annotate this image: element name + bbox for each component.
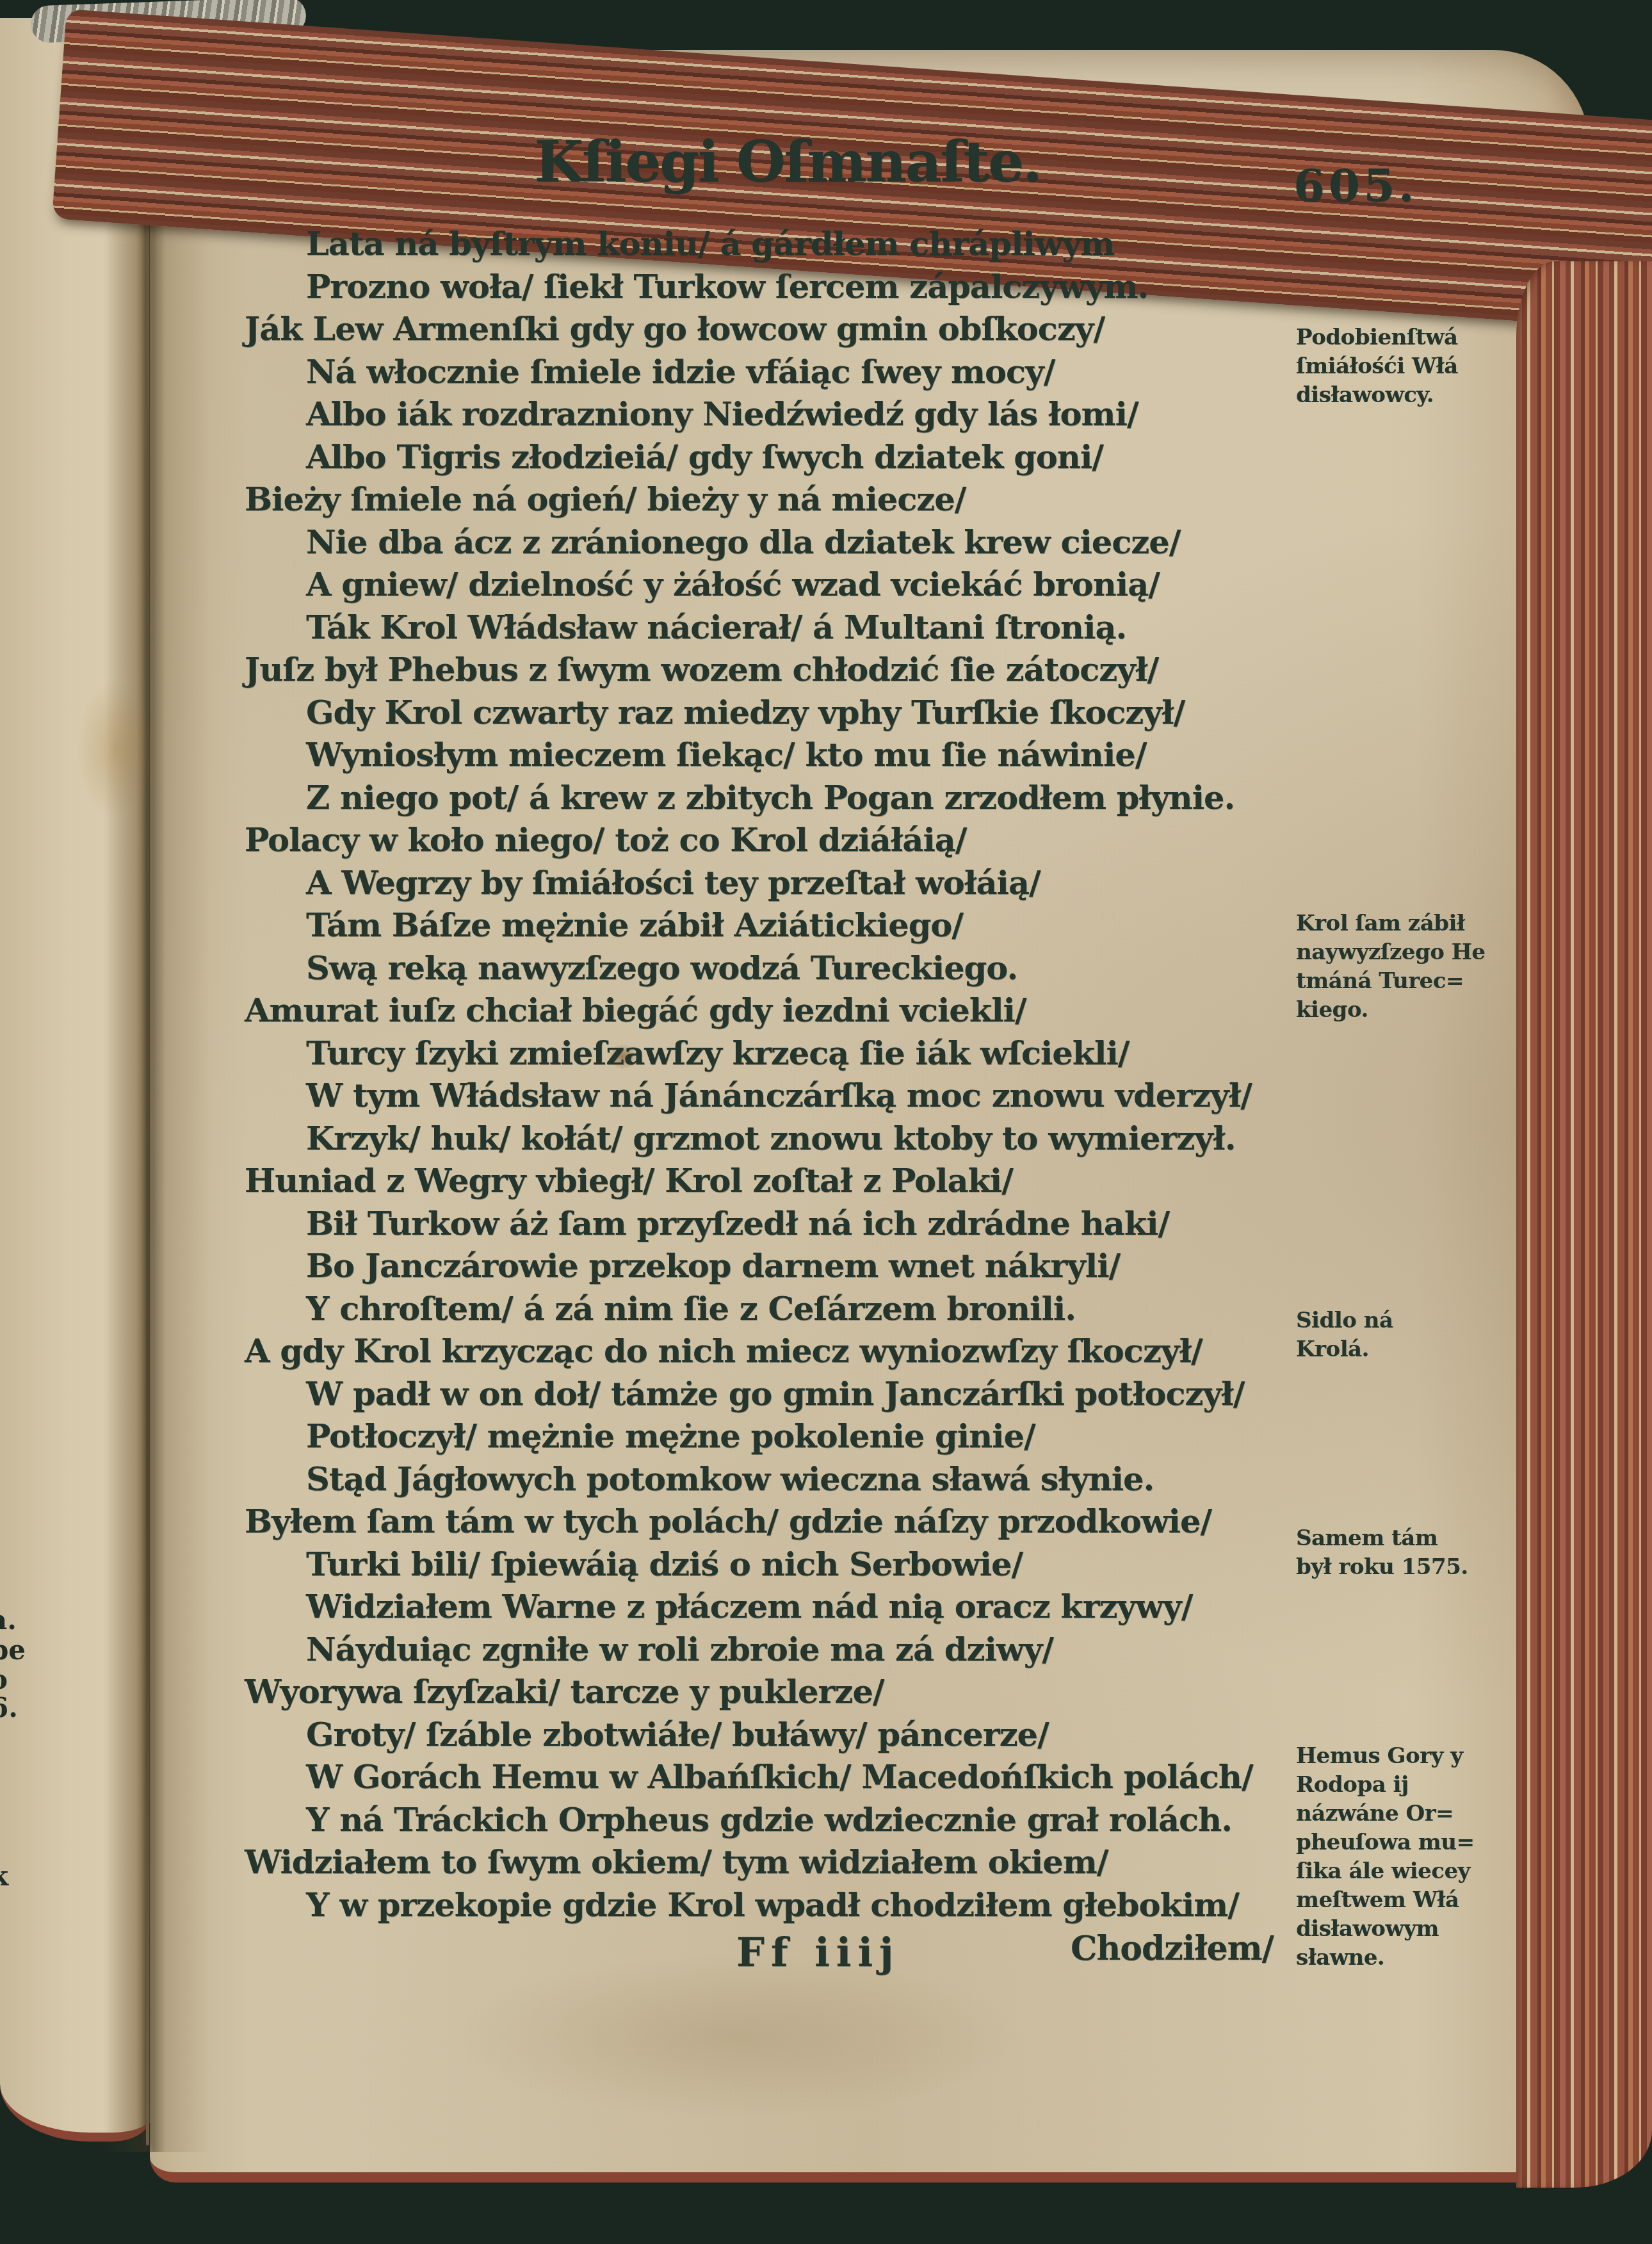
verse-line: Polacy w koło niego/ toż co Krol dziáłái… <box>245 819 1295 862</box>
verse-line: Lata ná byſtrym koniu/ á gárdłem chrápli… <box>245 223 1295 266</box>
verse-line: Tám Báſze mężnie zábił Aziátickiego/ <box>245 904 1295 947</box>
edge-text-fragment: a. <box>0 1604 35 1636</box>
margin-note-line: kiego. <box>1296 996 1501 1025</box>
margin-note-line: ſika ále wiecey <box>1296 1857 1501 1886</box>
verse-line: Nie dba ácz z zránionego dla dziatek kre… <box>245 521 1295 564</box>
fore-edge-page-stack <box>1516 261 1652 2188</box>
verse-line: W tym Włádsław ná Jánánczárſką moc znowu… <box>245 1075 1295 1118</box>
margin-note-line: ſmiáłośći Włá <box>1296 352 1501 381</box>
verse-line: Y ná Tráckich Orpheus gdzie wdziecznie g… <box>245 1799 1295 1842</box>
verse-line: Huniad z Wegry vbiegł/ Krol zoſtał z Pol… <box>245 1160 1295 1203</box>
margin-note-line: był roku 1575. <box>1296 1553 1501 1582</box>
verse-line: Krzyk/ huk/ kołát/ grzmot znowu ktoby to… <box>245 1118 1295 1160</box>
verse-line: Turki bili/ ſpiewáią dziś o nich Serbowi… <box>245 1543 1295 1586</box>
verse-line: Ták Krol Włádsław nácierał/ á Multani ſt… <box>245 606 1295 649</box>
verse-line: Amurat iuſz chciał biegáć gdy iezdni vci… <box>245 989 1295 1032</box>
verse-line: Prozno woła/ ſiekł Turkow ſercem zápalcz… <box>245 266 1295 309</box>
verse-line: Widziałem Warne z płáczem nád nią oracz … <box>245 1586 1295 1629</box>
verse-line: Wyniosłym mieczem ſiekąc/ kto mu ſie náw… <box>245 734 1295 777</box>
verse-line: Gdy Krol czwarty raz miedzy vphy Turſkie… <box>245 692 1295 735</box>
margin-note-line: Sidlo ná <box>1296 1306 1501 1335</box>
verse-line: Swą reką nawyzſzego wodzá Tureckiego. <box>245 947 1295 990</box>
verse-line: Turcy ſzyki zmieſzawſzy krzecą ſie iák w… <box>245 1032 1295 1075</box>
verse-line: Náyduiąc zgniłe w roli zbroie ma zá dziw… <box>245 1629 1295 1671</box>
verse-line: Ná włocznie ſmiele idzie vfáiąc ſwey moc… <box>245 351 1295 394</box>
verse-line: Y chroſtem/ á zá nim ſie z Ceſárzem bron… <box>245 1288 1295 1331</box>
edge-text-fragment: pe <box>0 1634 35 1666</box>
verse-line: Albo iák rozdrazniony Niedźwiedź gdy lás… <box>245 393 1295 436</box>
edge-text-fragment: o <box>0 1664 35 1695</box>
margin-note-line: Hemus Gory y <box>1296 1742 1501 1771</box>
book-scan: { "page": { "header": "Kſiegi Oſmnaſte."… <box>0 0 1652 2244</box>
signature-mark: Ff iiij <box>736 1929 900 1976</box>
margin-note-line: názwáne Or= <box>1296 1800 1501 1828</box>
margin-note-line: disławowcy. <box>1296 381 1501 410</box>
running-title: Kſiegi Oſmnaſte. <box>448 128 1127 195</box>
margin-note-line: naywyzſzego He <box>1296 938 1501 967</box>
margin-note-line: Krolá. <box>1296 1335 1501 1364</box>
verse-line: Z niego pot/ á krew z zbitych Pogan zrzo… <box>245 777 1295 820</box>
verse-line: Bieży ſmiele ná ogień/ bieży y ná miecze… <box>245 478 1295 521</box>
margin-note-line: pheuſowa mu= <box>1296 1828 1501 1857</box>
verse-line: Stąd Jágłowych potomkow wieczna sławá sł… <box>245 1458 1295 1501</box>
facing-page-edge <box>0 18 151 2142</box>
gutter-fold-line <box>146 38 149 2145</box>
margin-note-line: Samem tám <box>1296 1524 1501 1553</box>
verse-line: A gniew/ dzielność y żáłość wzad vciekáć… <box>245 564 1295 606</box>
edge-text-fragment: 6. <box>0 1692 35 1723</box>
verse-line: A gdy Krol krzycząc do nich miecz wynioz… <box>245 1330 1295 1373</box>
verse-line: Ják Lew Armenſki gdy go łowcow gmin obſk… <box>245 308 1295 351</box>
margin-note-2: Krol ſam zábiłnaywyzſzego Hetmáná Turec=… <box>1296 909 1501 1025</box>
margin-note-4: Samem támbył roku 1575. <box>1296 1524 1501 1582</box>
margin-note-line: Rodopa ij <box>1296 1771 1501 1800</box>
verse-line: Albo Tigris złodzieiá/ gdy ſwych dziatek… <box>245 436 1295 479</box>
margin-note-line: Podobienſtwá <box>1296 323 1501 352</box>
colophon-row: Ff iiij Chodziłem/ <box>0 1929 1652 1999</box>
verse-line: W Gorách Hemu w Albańſkich/ Macedońſkich… <box>245 1756 1295 1799</box>
verse-line: Bił Turkow áż ſam przyſzedł ná ich zdrád… <box>245 1203 1295 1246</box>
verse-line: Y w przekopie gdzie Krol wpadł chodziłem… <box>245 1884 1295 1927</box>
verse-line: Wyorywa ſzyſzaki/ tarcze y puklerze/ <box>245 1671 1295 1714</box>
verse-line: Juſz był Phebus z ſwym wozem chłodzić ſi… <box>245 649 1295 692</box>
verse-line: Byłem ſam tám w tych polách/ gdzie náſzy… <box>245 1500 1295 1543</box>
poem-text: Lata ná byſtrym koniu/ á gárdłem chrápli… <box>245 223 1295 1926</box>
margin-note-line: Krol ſam zábił <box>1296 909 1501 938</box>
verse-line: W padł w on doł/ támże go gmin Janczárſk… <box>245 1373 1295 1416</box>
page-number: 605. <box>1293 159 1418 212</box>
margin-note-line: tmáná Turec= <box>1296 967 1501 996</box>
edge-text-fragment: k <box>0 1860 35 1892</box>
verse-line: Widziałem to ſwym okiem/ tym widziałem o… <box>245 1841 1295 1884</box>
margin-note-1: Podobienſtwáſmiáłośći Włádisławowcy. <box>1296 323 1501 410</box>
verse-line: Groty/ ſzáble zbotwiáłe/ bułáwy/ páncerz… <box>245 1714 1295 1757</box>
catchword: Chodziłem/ <box>1071 1929 1274 1968</box>
verse-line: Potłoczył/ mężnie mężne pokolenie ginie/ <box>245 1415 1295 1458</box>
verse-line: A Wegrzy by ſmiáłości tey przeſtał wołái… <box>245 862 1295 905</box>
margin-note-3: Sidlo náKrolá. <box>1296 1306 1501 1364</box>
verse-line: Bo Janczárowie przekop darnem wnet nákry… <box>245 1245 1295 1288</box>
margin-note-line: meſtwem Włá <box>1296 1886 1501 1915</box>
